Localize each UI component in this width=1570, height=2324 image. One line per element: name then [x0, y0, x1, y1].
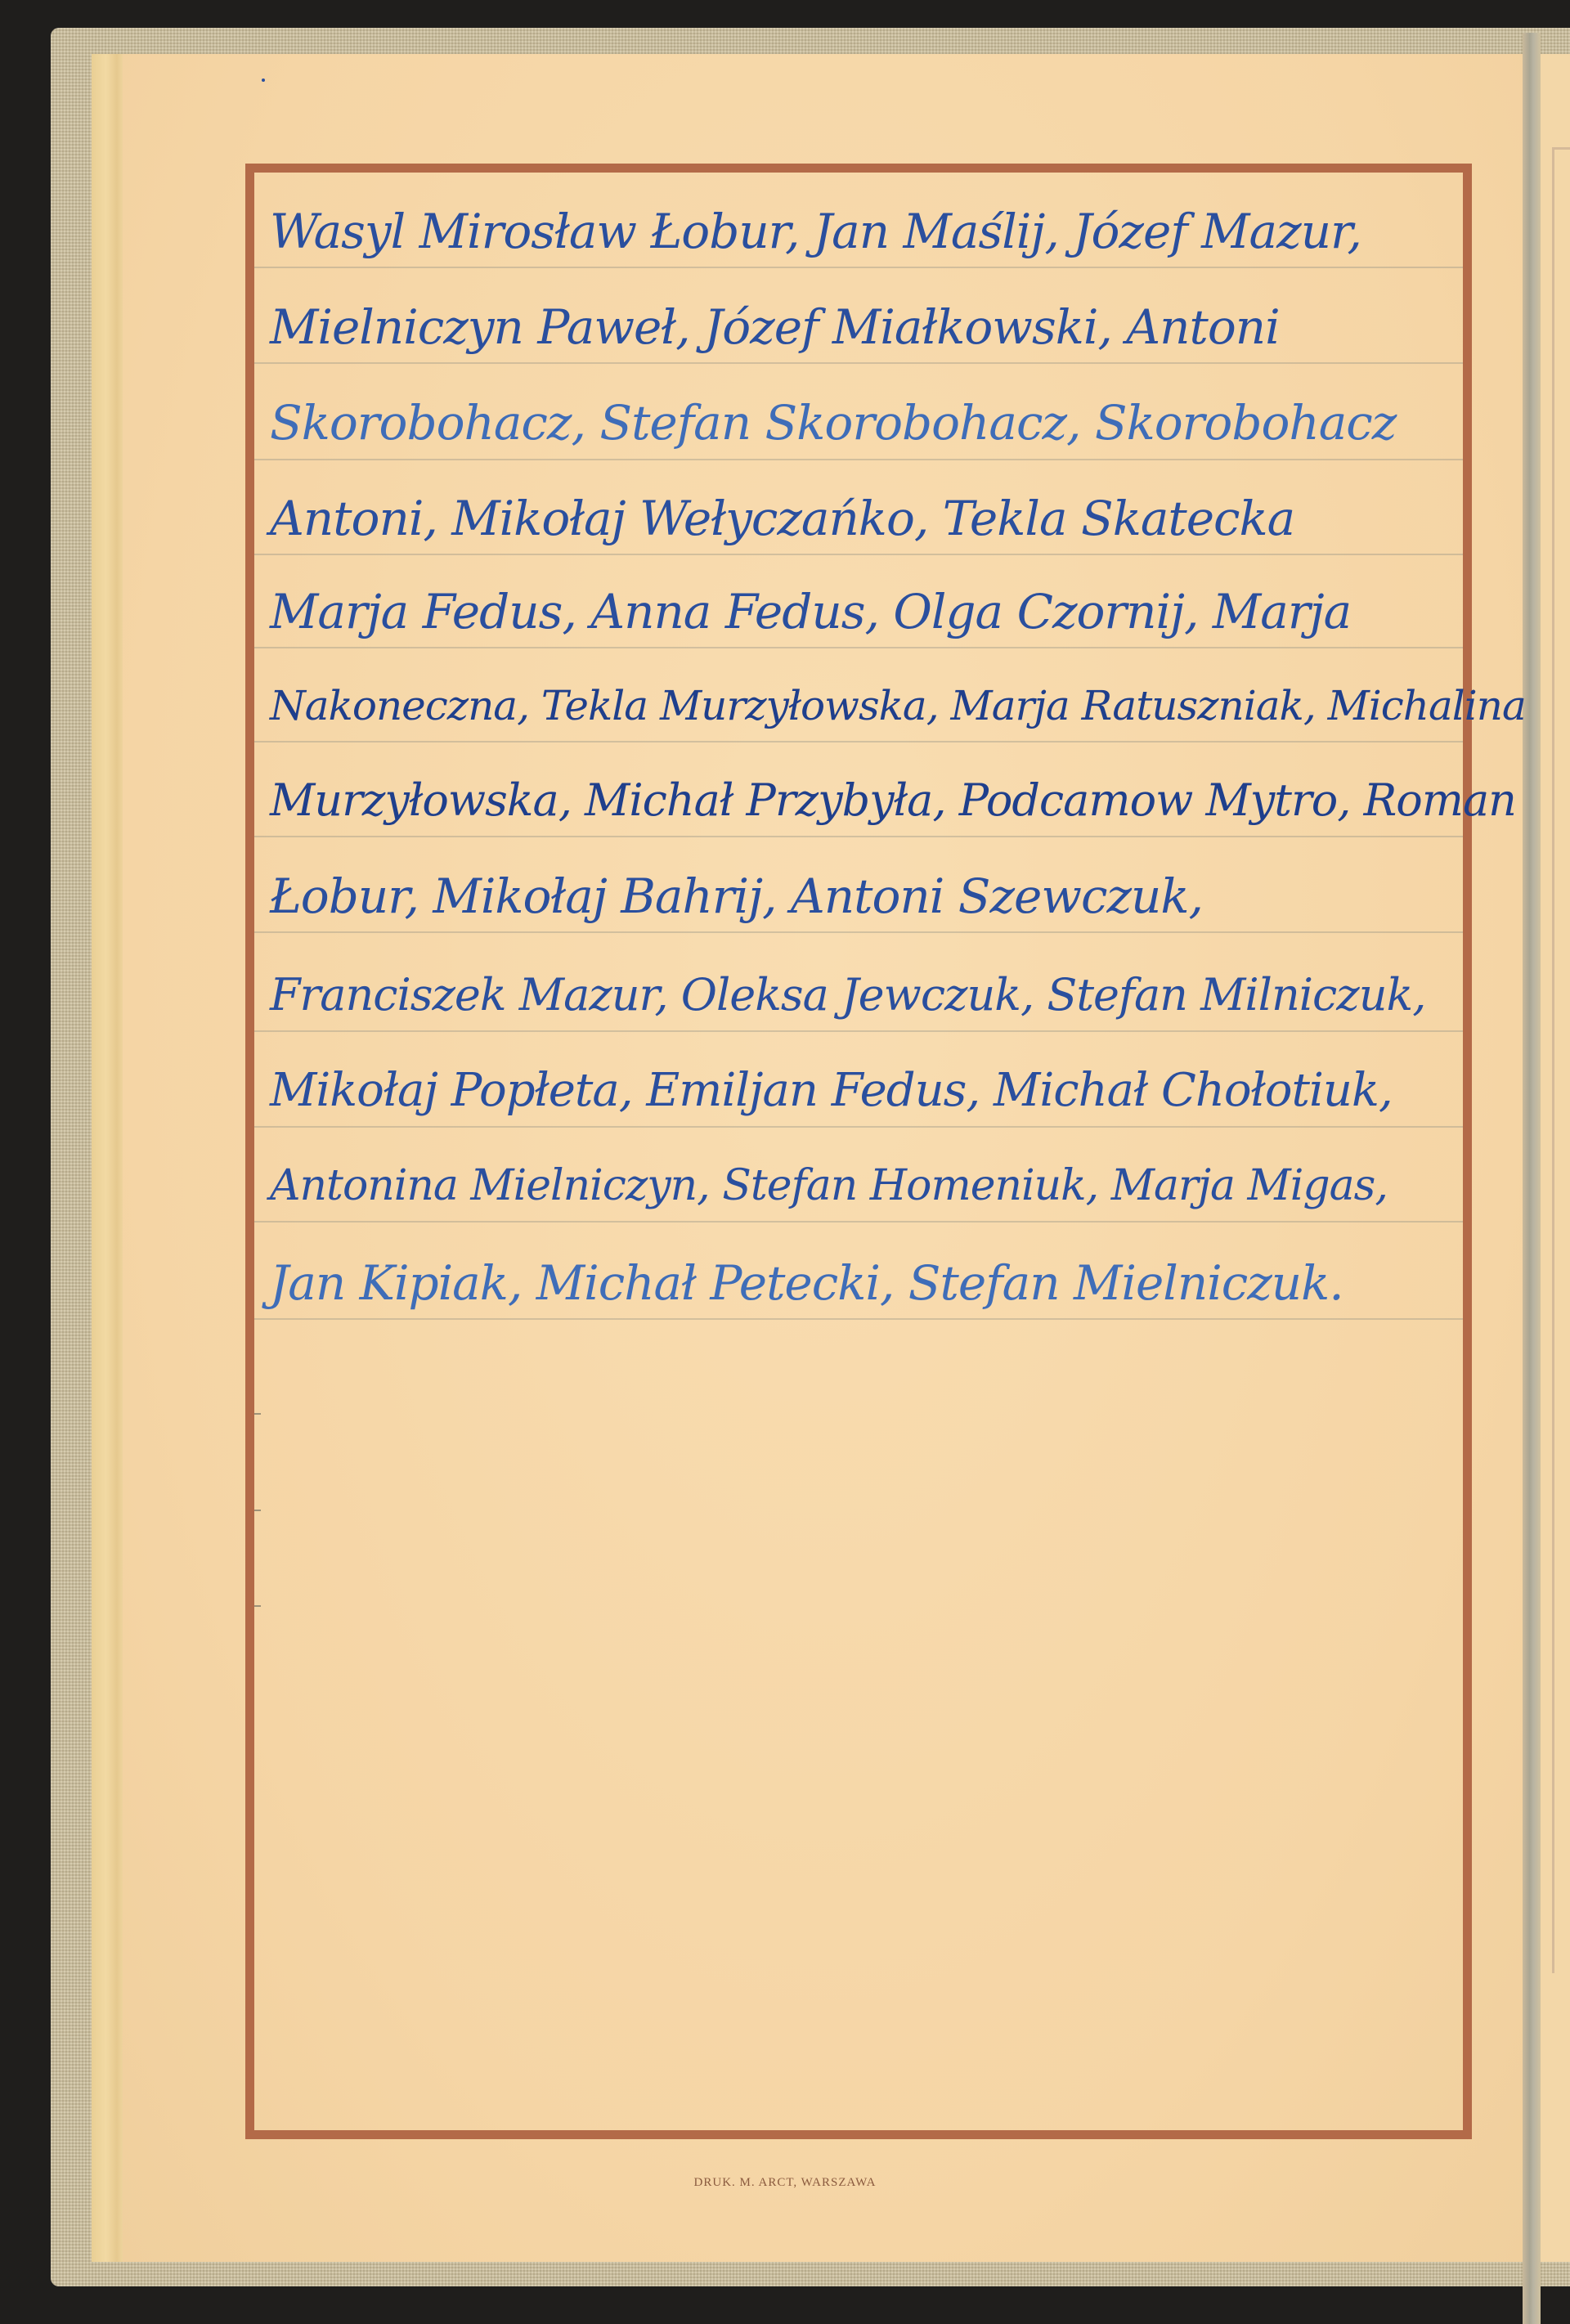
handwritten-line-12: Jan Kipiak, Michał Petecki, Stefan Mieln…: [270, 1238, 1464, 1328]
handwritten-line-11: Antonina Mielniczyn, Stefan Homeniuk, Ma…: [270, 1141, 1464, 1231]
ruled-tick: [254, 1413, 261, 1415]
handwritten-line-3: Skorobohacz, Stefan Skorobohacz, Skorobo…: [270, 378, 1464, 468]
ruled-tick: [254, 1605, 261, 1607]
handwritten-line-10: Mikołaj Popłeta, Emiljan Fedus, Michał C…: [270, 1046, 1464, 1136]
handwritten-line-7: Murzyłowska, Michał Przybyła, Podcamow M…: [270, 756, 1464, 846]
handwritten-line-9: Franciszek Mazur, Oleksa Jewczuk, Stefan…: [270, 950, 1464, 1040]
ruled-tick: [254, 1510, 261, 1511]
handwritten-line-4: Antoni, Mikołaj Wełyczańko, Tekla Skatec…: [270, 473, 1464, 563]
handwritten-line-5: Marja Fedus, Anna Fedus, Olga Czornij, M…: [270, 567, 1464, 657]
printer-imprint: DRUK. M. ARCT, WARSZAWA: [0, 2176, 1570, 2190]
facing-page-ornament: [1552, 147, 1570, 1973]
handwritten-line-8: Łobur, Mikołaj Bahrij, Antoni Szewczuk,: [270, 851, 1464, 941]
ink-dot: [262, 79, 265, 82]
handwritten-line-1: Wasyl Mirosław Łobur, Jan Maślij, Józef …: [270, 186, 1464, 276]
book-gutter: [1523, 33, 1541, 2324]
handwritten-line-2: Mielniczyn Paweł, Józef Miałkowski, Anto…: [270, 282, 1464, 372]
handwritten-line-6: Nakoneczna, Tekla Murzyłowska, Marja Rat…: [270, 661, 1464, 751]
